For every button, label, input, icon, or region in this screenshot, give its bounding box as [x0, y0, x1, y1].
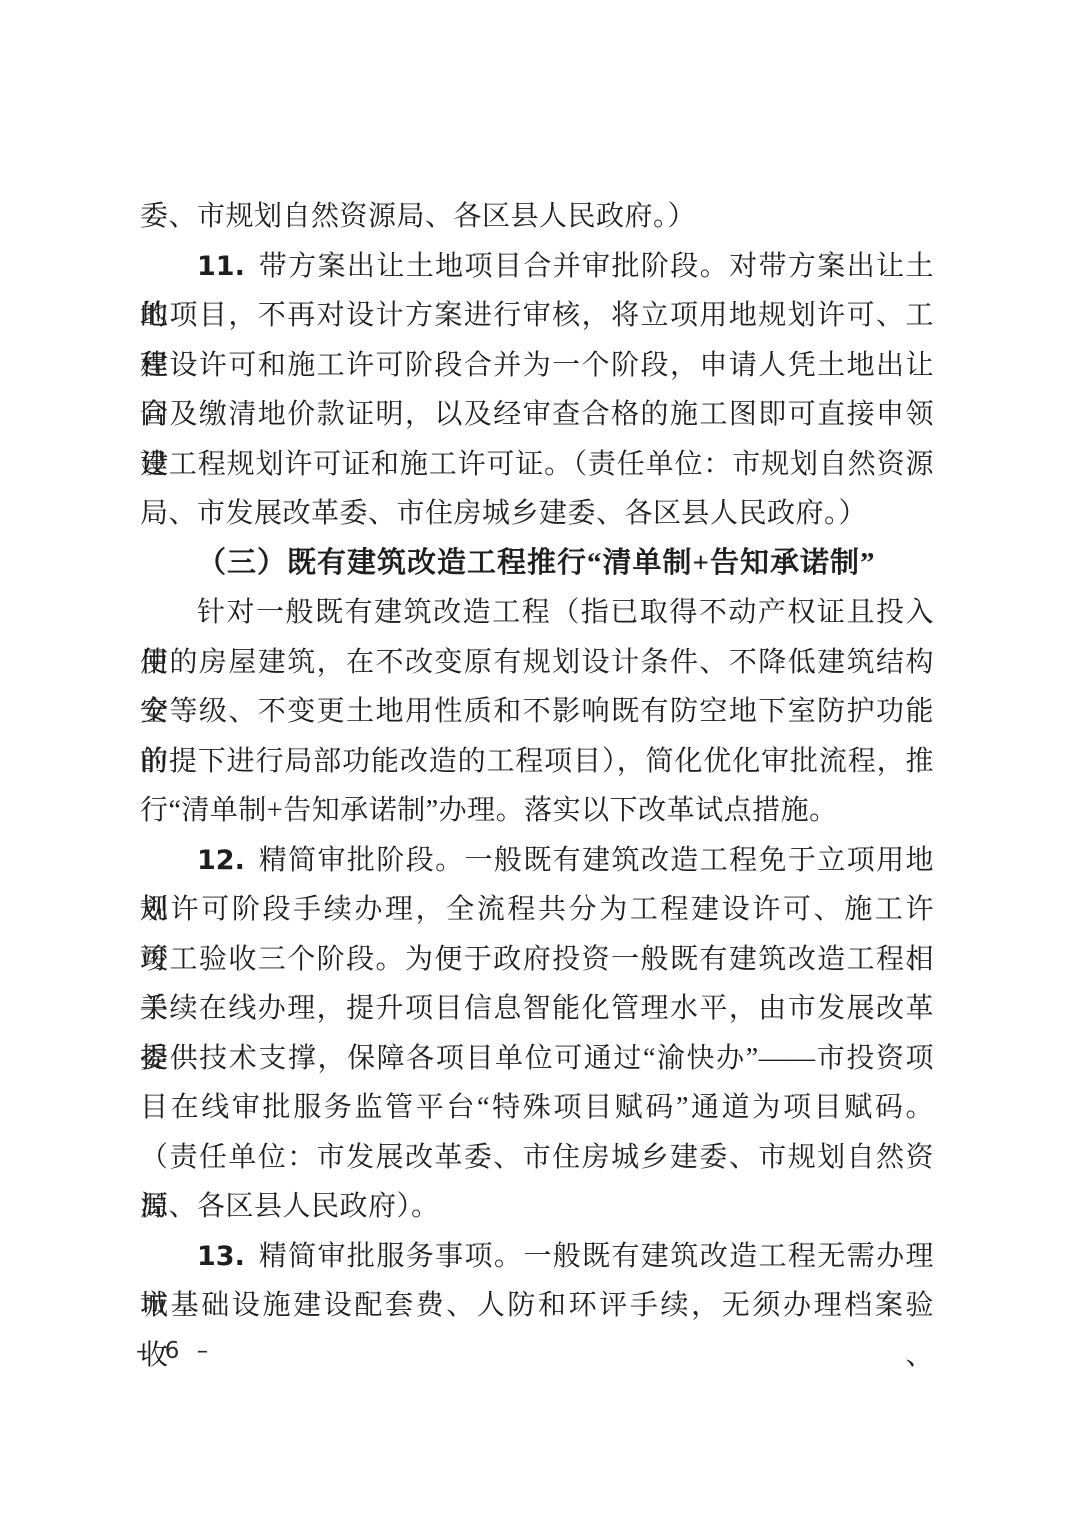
- text-line: 用的房屋建筑，在不改变原有规划设计条件、不降低建筑结构安: [140, 638, 934, 688]
- text-line: 的项目，不再对设计方案进行审核，将立项用地规划许可、工程: [140, 291, 934, 341]
- text-line: （责任单位：市发展改革委、市住房城乡建委、市规划自然资源: [140, 1133, 934, 1183]
- text-line: 局、各区县人民政府）。: [140, 1182, 934, 1232]
- item-number: 12.: [197, 845, 245, 876]
- item-number: 13.: [197, 1241, 245, 1272]
- text-line: 提供技术支撑，保障各项目单位可通过“渝快办”——市投资项: [140, 1034, 934, 1084]
- section-heading: （三）既有建筑改造工程推行“清单制+告知承诺制”: [140, 539, 934, 589]
- text-line: 委、市规划自然资源局、各区县人民政府。）: [140, 192, 934, 242]
- text-line: 全等级、不变更土地用性质和不影响既有防空地下室防护功能的: [140, 687, 934, 737]
- text-line: 设工程规划许可证和施工许可证。（责任单位：市规划自然资源: [140, 440, 934, 490]
- text-line: 手续在线办理，提升项目信息智能化管理水平，由市发展改革委: [140, 984, 934, 1034]
- text-line: 同及缴清地价款证明，以及经审查合格的施工图即可直接申领建: [140, 390, 934, 440]
- text-line: 建设许可和施工许可阶段合并为一个阶段，申请人凭土地出让合: [140, 341, 934, 391]
- text-line: 市基础设施建设配套费、人防和环评手续，无须办理档案验收、: [140, 1281, 934, 1331]
- text-line: 目在线审批服务监管平台“特殊项目赋码”通道为项目赋码。: [140, 1083, 934, 1133]
- text-line: 划许可阶段手续办理，全流程共分为工程建设许可、施工许可、: [140, 885, 934, 935]
- text-line: 局、市发展改革委、市住房城乡建委、各区县人民政府。）: [140, 489, 934, 539]
- text-line: 11.带方案出让土地项目合并审批阶段。对带方案出让土地: [140, 242, 934, 292]
- document-body: 委、市规划自然资源局、各区县人民政府。）11.带方案出让土地项目合并审批阶段。对…: [140, 192, 934, 1331]
- item-number: 11.: [197, 251, 245, 282]
- text-line: 12.精简审批阶段。一般既有建筑改造工程免于立项用地规: [140, 836, 934, 886]
- text-line: 前提下进行局部功能改造的工程项目），简化优化审批流程，推: [140, 737, 934, 787]
- text-line: 13.精简审批服务事项。一般既有建筑改造工程无需办理城: [140, 1232, 934, 1282]
- page-number: – 6 –: [136, 1338, 213, 1364]
- text-line: 竣工验收三个阶段。为便于政府投资一般既有建筑改造工程相关: [140, 935, 934, 985]
- text-line: 行“清单制+告知承诺制”办理。落实以下改革试点措施。: [140, 786, 934, 836]
- text-line: 针对一般既有建筑改造工程（指已取得不动产权证且投入使: [140, 588, 934, 638]
- document-page: 委、市规划自然资源局、各区县人民政府。）11.带方案出让土地项目合并审批阶段。对…: [0, 0, 1074, 1520]
